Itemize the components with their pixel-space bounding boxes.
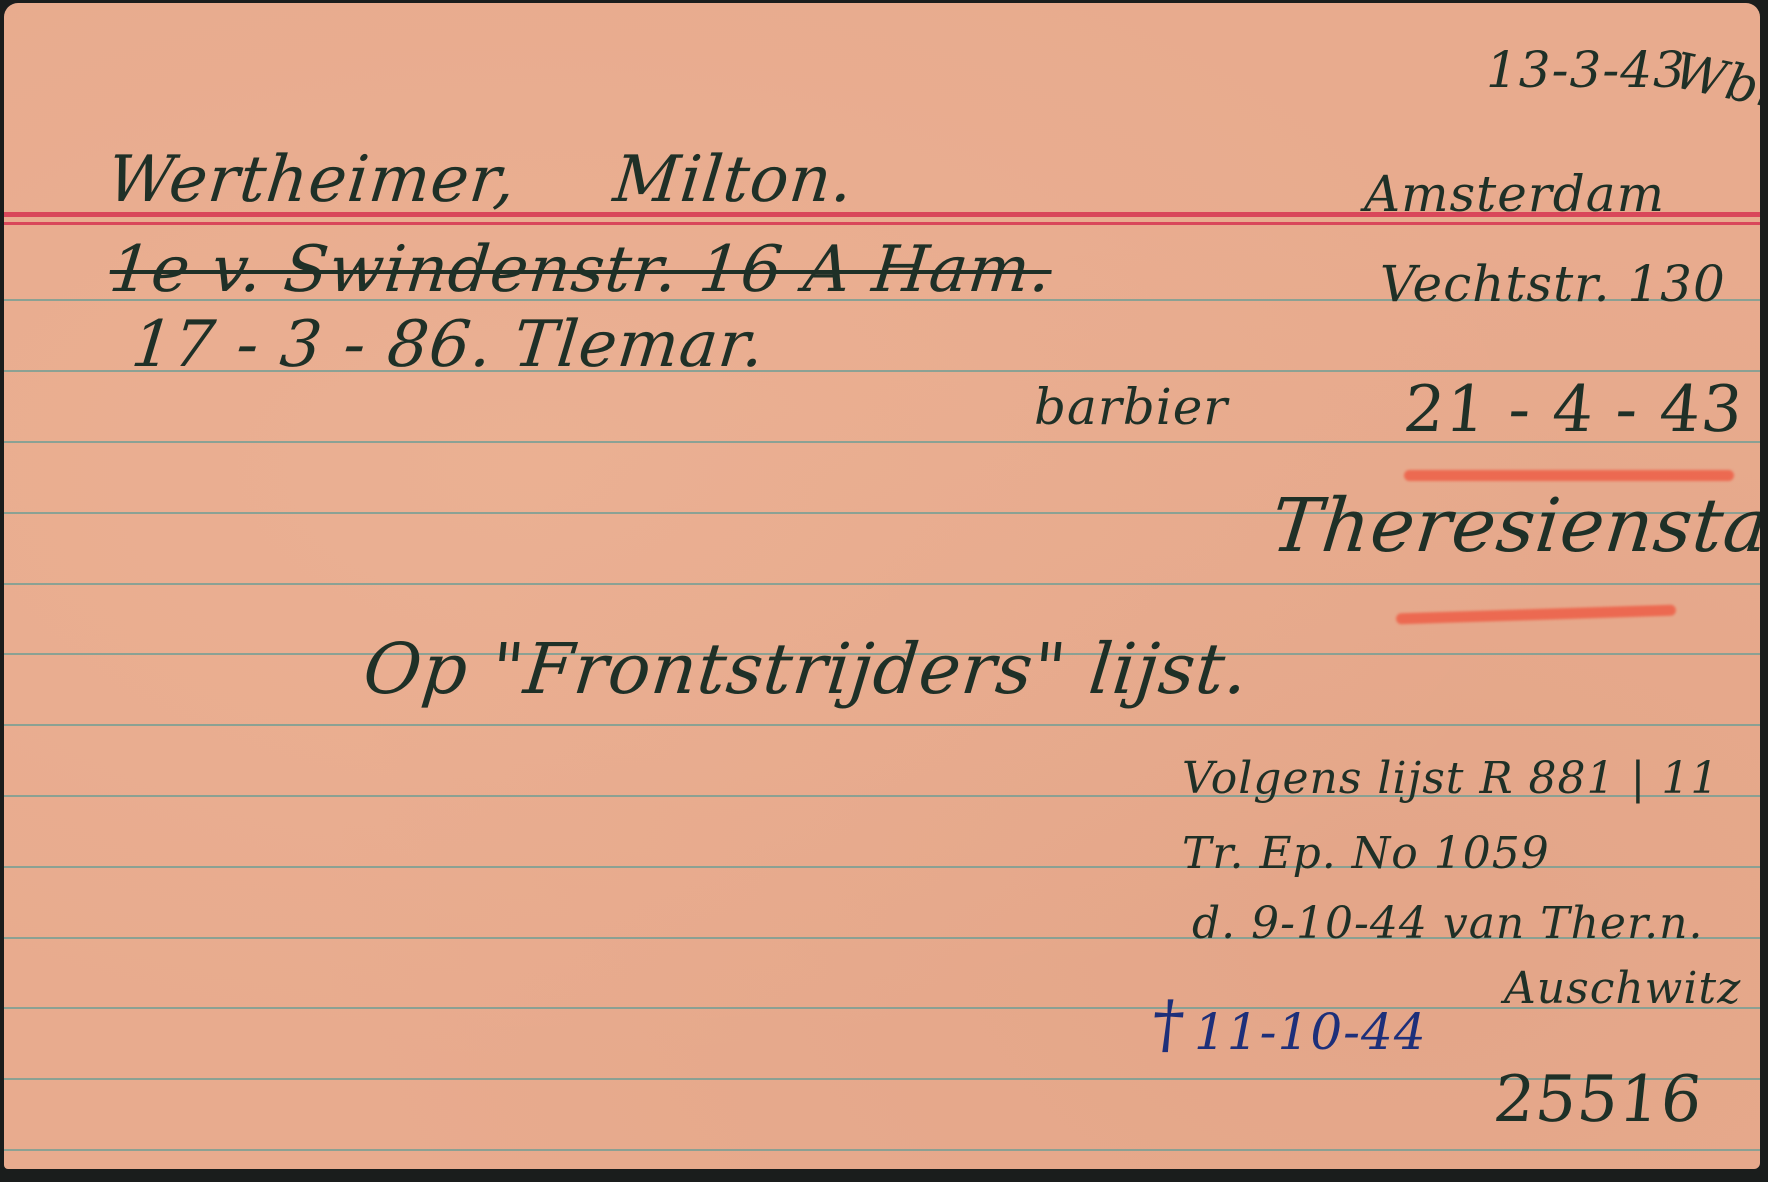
stamp-date: 13-3-43 [1486,41,1686,99]
ruled-line [4,1007,1760,1009]
stamp-initials: Wbk [1669,42,1760,123]
crayon-underline-destination [1396,605,1676,625]
frontstrijders-note: Op "Frontstrijders" lijst. [360,628,1253,710]
surname: Wertheimer, [104,143,520,217]
deportation-destination: Theresienstadt [1267,483,1760,569]
transport-note-3: d. 9-10-44 van Ther.n. [1192,898,1703,949]
ruled-line [4,583,1760,585]
transport-note-2: Tr. Ep. No 1059 [1182,828,1550,879]
reference-number: 25516 [1490,1063,1706,1137]
struck-address: 1e v. Swindenstr. 16 A Ham. [106,233,1055,307]
ruled-line [4,1149,1760,1151]
city: Amsterdam [1364,165,1665,223]
index-card: 13-3-43 Wbk Wertheimer, Milton. Amsterda… [4,3,1760,1169]
death-date: 11-10-44 [1194,1003,1427,1061]
occupation: barbier [1034,378,1228,436]
transport-note-4: Auschwitz [1504,963,1741,1014]
current-address: Vechtstr. 130 [1380,255,1726,313]
deportation-date: 21 - 4 - 43 [1400,373,1747,447]
transport-note-1: Volgens lijst R 881 | 11 [1182,753,1719,804]
death-cross-icon: † [1148,988,1189,1062]
birth-date-place: 17 - 3 - 86. Tlemar. [128,308,768,382]
crayon-underline-date [1404,470,1734,481]
ruled-line [4,724,1760,726]
given-name: Milton. [610,143,857,217]
